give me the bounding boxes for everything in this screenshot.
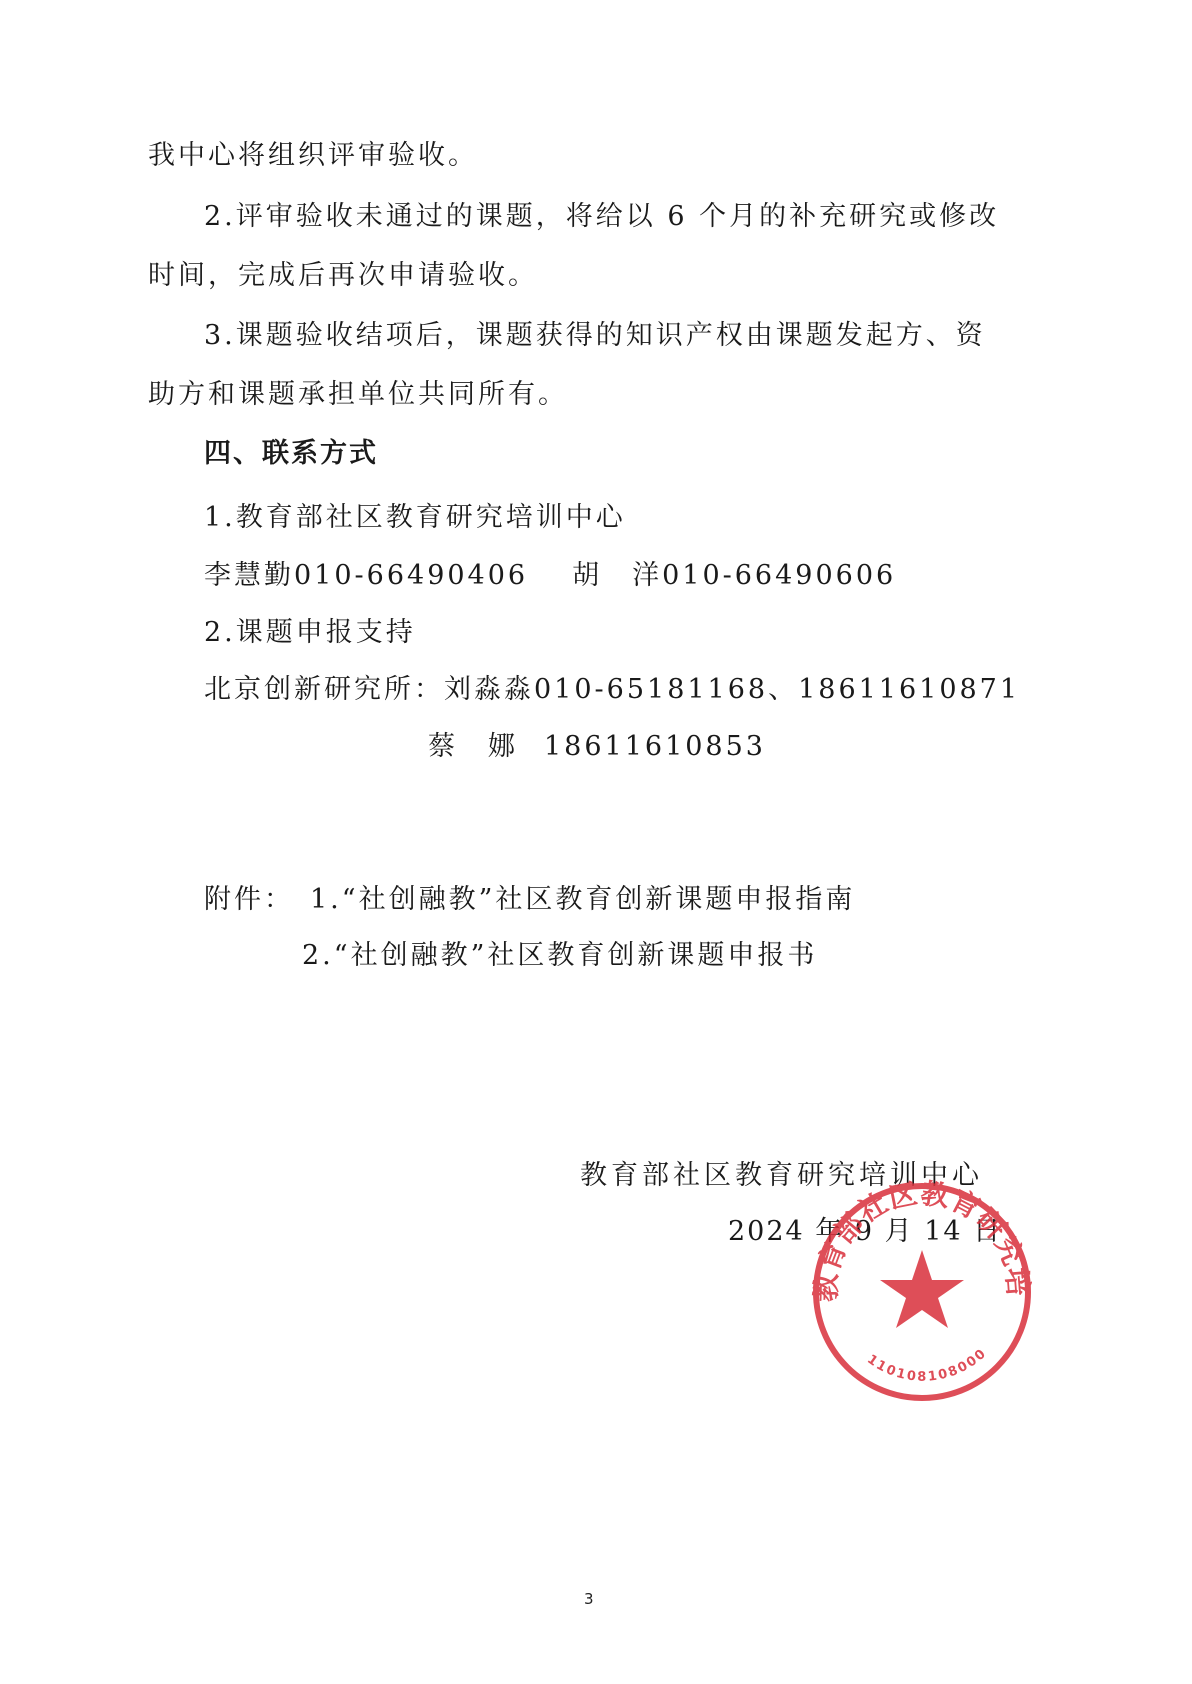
official-seal-icon: 教育部社区教育研究培训中心 1101081080000 [808, 1178, 1036, 1406]
page-number: 3 [584, 1590, 594, 1608]
paragraph-text: 我中心将组织评审验收。 [148, 142, 478, 169]
contact-phone: 010-65181168、18611610871 [534, 674, 1020, 705]
contact-phone: 010-66490406 [294, 560, 528, 591]
attachment-item: 1.“社创融教”社区教育创新课题申报指南 [310, 884, 855, 915]
contact-org: 北京创新研究所： [204, 674, 444, 705]
contact-name: 刘淼淼 [444, 674, 534, 705]
contact-row: 北京创新研究所：刘淼淼010-65181168、18611610871 [204, 676, 1020, 703]
contact-name: 胡 洋 [572, 560, 662, 591]
contact-row: 蔡 娜18611610853 [428, 733, 766, 760]
attachment-label: 附件： [204, 884, 294, 915]
paragraph-text: 助方和课题承担单位共同所有。 [148, 381, 568, 408]
paragraph-text: 3.课题验收结项后，课题获得的知识产权由课题发起方、资 [204, 322, 986, 349]
contact-row: 李慧勤010-66490406胡 洋010-66490606 [204, 562, 896, 589]
paragraph-text: 2.评审验收未通过的课题，将给以 6 个月的补充研究或修改 [204, 203, 999, 230]
section-heading: 四、联系方式 [204, 440, 378, 467]
contact-item-title: 2.课题申报支持 [204, 619, 416, 646]
paragraph-text: 时间，完成后再次申请验收。 [148, 262, 538, 289]
contact-phone: 18611610853 [544, 731, 766, 762]
contact-name: 蔡 娜 [428, 731, 518, 762]
attachment-row: 附件：1.“社创融教”社区教育创新课题申报指南 [204, 886, 855, 913]
contact-name: 李慧勤 [204, 560, 294, 591]
attachment-item: 2.“社创融教”社区教育创新课题申报书 [302, 942, 817, 969]
contact-item-title: 1.教育部社区教育研究培训中心 [204, 504, 626, 531]
contact-phone: 010-66490606 [662, 560, 896, 591]
